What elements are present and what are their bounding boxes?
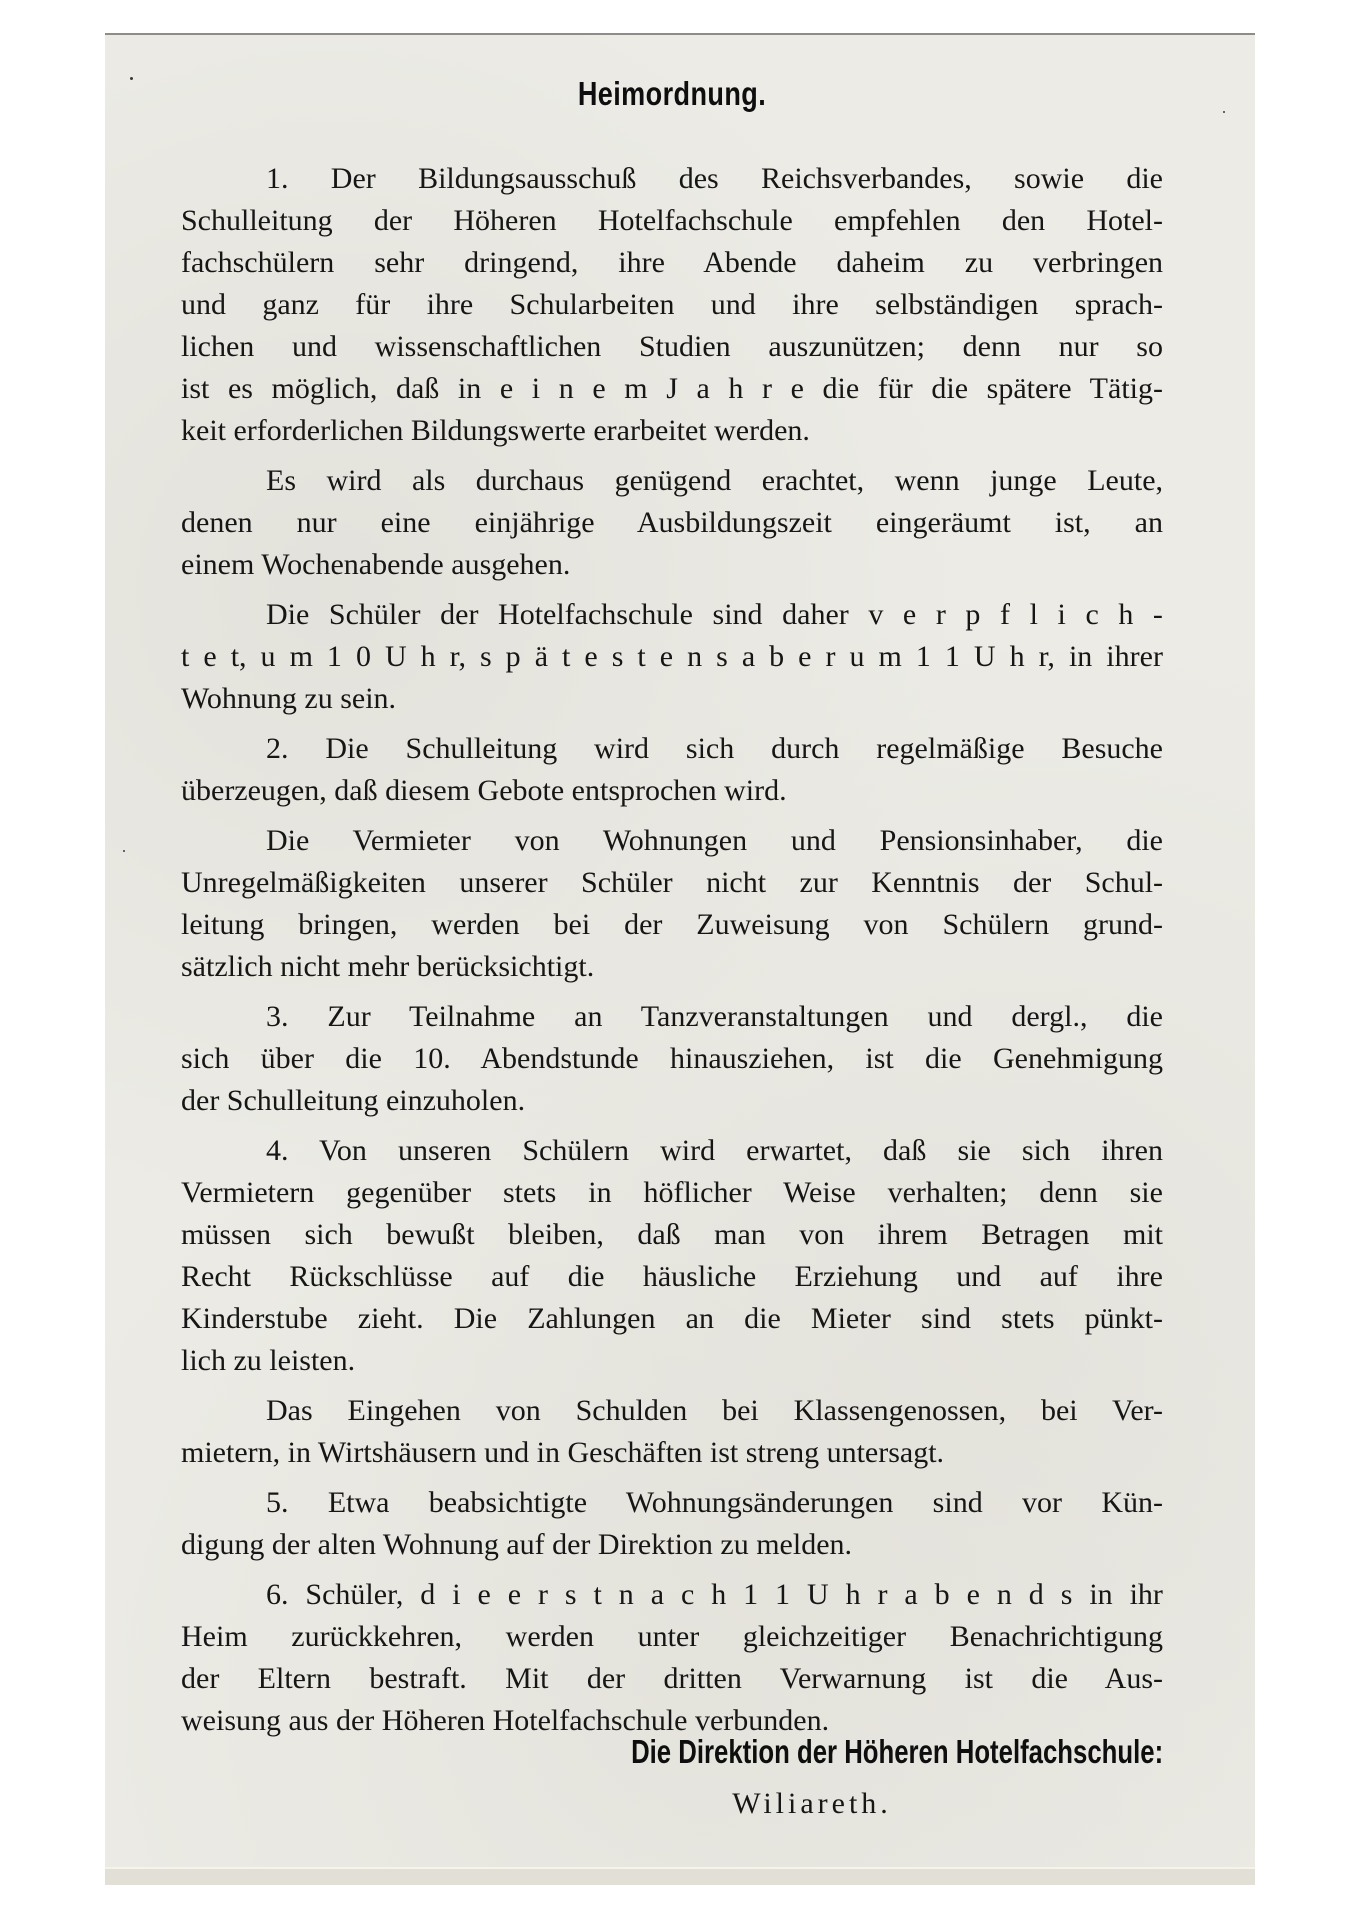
paragraph: Das Eingehen von Schulden bei Klassengen… <box>181 1390 1163 1474</box>
text-line: 2. Die Schulleitung wird sich durch rege… <box>181 728 1163 770</box>
paragraph: 3. Zur Teilnahme an Tanzveranstaltungen … <box>181 996 1163 1122</box>
line-text: 4. Von unseren Schülern wird erwartet, d… <box>266 1130 1163 1172</box>
text-line: einem Wochenabende ausgehen. <box>181 544 1163 586</box>
paragraph: 4. Von unseren Schülern wird erwartet, d… <box>181 1130 1163 1382</box>
line-text: Vermietern gegenüber stets in höflicher … <box>181 1172 1163 1214</box>
paragraph: 5. Etwa beabsichtigte Wohnungsänderungen… <box>181 1482 1163 1566</box>
text-line: 6. Schüler, d i e e r s t n a c h 1 1 U … <box>181 1574 1163 1616</box>
text-line: Unregelmäßigkeiten unserer Schüler nicht… <box>181 862 1163 904</box>
text-line: Heim zurückkehren, werden unter gleichze… <box>181 1616 1163 1658</box>
line-text: Die Schüler der Hotelfachschule sind dah… <box>266 594 1163 636</box>
line-text: ist es möglich, daß in e i n e m J a h r… <box>181 368 1163 410</box>
document-body: 1. Der Bildungsausschuß des Reichsverban… <box>181 158 1163 1750</box>
text-line: müssen sich bewußt bleiben, daß man von … <box>181 1214 1163 1256</box>
line-text: Kinderstube zieht. Die Zahlungen an die … <box>181 1298 1163 1340</box>
line-text: der Eltern bestraft. Mit der dritten Ver… <box>181 1658 1163 1700</box>
text-line: Recht Rückschlüsse auf die häusliche Erz… <box>181 1256 1163 1298</box>
text-line: mietern, in Wirtshäusern und in Geschäft… <box>181 1432 1163 1474</box>
line-text: und ganz für ihre Schularbeiten und ihre… <box>181 284 1163 326</box>
text-line: sich über die 10. Abendstunde hinauszieh… <box>181 1038 1163 1080</box>
line-text: keit erforderlichen Bildungswerte erarbe… <box>181 410 810 452</box>
line-text: Heim zurückkehren, werden unter gleichze… <box>181 1616 1163 1658</box>
text-line: 1. Der Bildungsausschuß des Reichsverban… <box>181 158 1163 200</box>
paragraph: Es wird als durchaus genügend erachtet, … <box>181 460 1163 586</box>
line-text: 2. Die Schulleitung wird sich durch rege… <box>266 728 1163 770</box>
line-text: mietern, in Wirtshäusern und in Geschäft… <box>181 1432 944 1474</box>
paper-speck <box>123 850 125 852</box>
paper-speck <box>1223 111 1225 113</box>
text-line: Die Vermieter von Wohnungen und Pensions… <box>181 820 1163 862</box>
line-text: fachschülern sehr dringend, ihre Abende … <box>181 242 1163 284</box>
line-text: 3. Zur Teilnahme an Tanzveranstaltungen … <box>266 996 1163 1038</box>
line-text: digung der alten Wohnung auf der Direkti… <box>181 1524 852 1566</box>
text-line: ist es möglich, daß in e i n e m J a h r… <box>181 368 1163 410</box>
text-line: Wohnung zu sein. <box>181 678 1163 720</box>
text-line: der Schulleitung einzuholen. <box>181 1080 1163 1122</box>
line-text: Es wird als durchaus genügend erachtet, … <box>266 460 1163 502</box>
text-line: Vermietern gegenüber stets in höflicher … <box>181 1172 1163 1214</box>
text-line: 5. Etwa beabsichtigte Wohnungsänderungen… <box>181 1482 1163 1524</box>
signature-text: Die Direktion der Höheren Hotelfachschul… <box>631 1733 1163 1771</box>
text-line: und ganz für ihre Schularbeiten und ihre… <box>181 284 1163 326</box>
text-line: keit erforderlichen Bildungswerte erarbe… <box>181 410 1163 452</box>
line-text: 5. Etwa beabsichtigte Wohnungsänderungen… <box>266 1482 1163 1524</box>
text-line: Kinderstube zieht. Die Zahlungen an die … <box>181 1298 1163 1340</box>
text-line: t e t, u m 1 0 U h r, s p ä t e s t e n … <box>181 636 1163 678</box>
paragraph: Die Schüler der Hotelfachschule sind dah… <box>181 594 1163 720</box>
line-text: lich zu leisten. <box>181 1340 355 1382</box>
line-text: Die Vermieter von Wohnungen und Pensions… <box>266 820 1163 862</box>
line-text: überzeugen, daß diesem Gebote entsproche… <box>181 770 787 812</box>
text-line: überzeugen, daß diesem Gebote entsproche… <box>181 770 1163 812</box>
text-line: Die Schüler der Hotelfachschule sind dah… <box>181 594 1163 636</box>
line-text: müssen sich bewußt bleiben, daß man von … <box>181 1214 1163 1256</box>
line-text: Unregelmäßigkeiten unserer Schüler nicht… <box>181 862 1163 904</box>
line-text: sätzlich nicht mehr berücksichtigt. <box>181 946 594 988</box>
line-text: lichen und wissenschaftlichen Studien au… <box>181 326 1163 368</box>
line-text: sich über die 10. Abendstunde hinauszieh… <box>181 1038 1163 1080</box>
paragraph: 1. Der Bildungsausschuß des Reichsverban… <box>181 158 1163 452</box>
line-text: t e t, u m 1 0 U h r, s p ä t e s t e n … <box>181 636 1163 678</box>
line-text: Wohnung zu sein. <box>181 678 396 720</box>
line-text: leitung bringen, werden bei der Zuweisun… <box>181 904 1163 946</box>
text-line: 3. Zur Teilnahme an Tanzveranstaltungen … <box>181 996 1163 1038</box>
text-line: Schulleitung der Höheren Hotelfachschule… <box>181 200 1163 242</box>
line-text: Recht Rückschlüsse auf die häusliche Erz… <box>181 1256 1163 1298</box>
page-bottom-edge <box>105 1867 1255 1885</box>
line-text: einem Wochenabende ausgehen. <box>181 544 570 586</box>
text-line: der Eltern bestraft. Mit der dritten Ver… <box>181 1658 1163 1700</box>
signature-line: Die Direktion der Höheren Hotelfachschul… <box>481 1733 1163 1771</box>
text-line: digung der alten Wohnung auf der Direkti… <box>181 1524 1163 1566</box>
text-line: lichen und wissenschaftlichen Studien au… <box>181 326 1163 368</box>
text-line: fachschülern sehr dringend, ihre Abende … <box>181 242 1163 284</box>
signer-name: Wiliareth. <box>181 1787 1163 1821</box>
text-line: 4. Von unseren Schülern wird erwartet, d… <box>181 1130 1163 1172</box>
text-line: leitung bringen, werden bei der Zuweisun… <box>181 904 1163 946</box>
line-text: Das Eingehen von Schulden bei Klassengen… <box>266 1390 1163 1432</box>
line-text: der Schulleitung einzuholen. <box>181 1080 525 1122</box>
text-line: Es wird als durchaus genügend erachtet, … <box>181 460 1163 502</box>
line-text: Schulleitung der Höheren Hotelfachschule… <box>181 200 1163 242</box>
document-title: Heimordnung. <box>269 75 1074 113</box>
line-text: 1. Der Bildungsausschuß des Reichsverban… <box>266 158 1163 200</box>
text-line: denen nur eine einjährige Ausbildungszei… <box>181 502 1163 544</box>
text-line: Das Eingehen von Schulden bei Klassengen… <box>181 1390 1163 1432</box>
line-text: denen nur eine einjährige Ausbildungszei… <box>181 502 1163 544</box>
paragraph: 6. Schüler, d i e e r s t n a c h 1 1 U … <box>181 1574 1163 1742</box>
text-line: sätzlich nicht mehr berücksichtigt. <box>181 946 1163 988</box>
paragraph: 2. Die Schulleitung wird sich durch rege… <box>181 728 1163 812</box>
paragraph: Die Vermieter von Wohnungen und Pensions… <box>181 820 1163 988</box>
line-text: 6. Schüler, d i e e r s t n a c h 1 1 U … <box>266 1574 1163 1616</box>
text-line: lich zu leisten. <box>181 1340 1163 1382</box>
paper-speck <box>130 77 133 80</box>
document-page: Heimordnung. 1. Der Bildungsausschuß des… <box>105 33 1255 1885</box>
